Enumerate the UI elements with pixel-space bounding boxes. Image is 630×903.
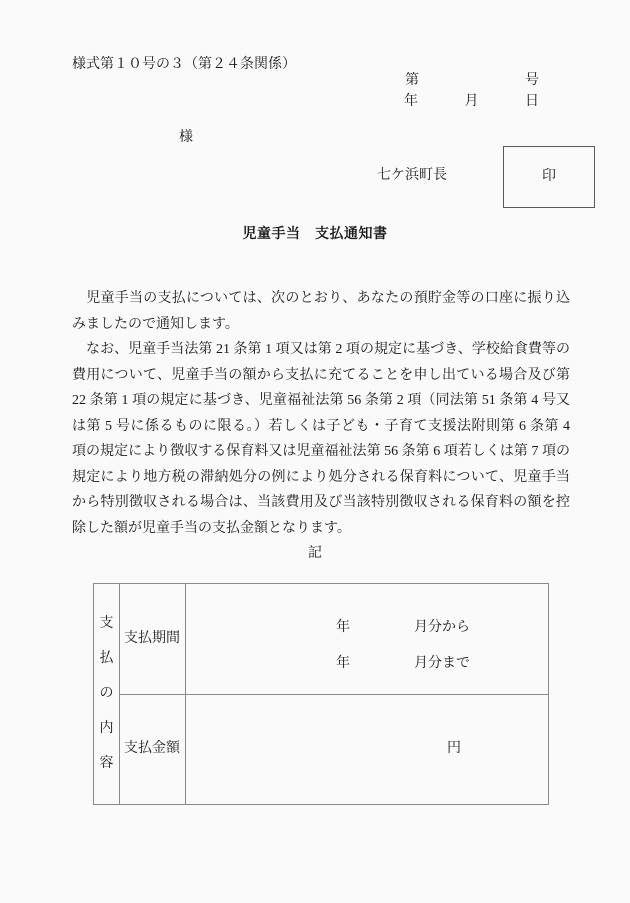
body-text: 児童手当の支払については、次のとおり、あなたの預貯金等の口座に振り込 みましたの… (72, 286, 570, 541)
body-line: 児童手当の支払については、次のとおり、あなたの預貯金等の口座に振り込 (72, 286, 570, 312)
body-line: 項の規定により徴収する保育料又は児童福祉法第 56 条第 6 項若しくは第 7 … (72, 439, 570, 465)
body-line: から特別徴収される場合は、当該費用及び当該特別徴収される保育料の額を控 (72, 490, 570, 516)
addressee-honorific: 様 (179, 131, 193, 145)
body-line: 22 条第 1 項の規定に基づき、児童福祉法第 56 条第 2 項（同法第 51… (72, 388, 570, 414)
group-char: 容 (100, 757, 114, 771)
body-line: 規定により地方税の滞納処分の例により処分される保育料について、児童手当 (72, 465, 570, 491)
period-to-year-label: 年 (336, 657, 350, 671)
date-line: 年 月 日 (404, 95, 539, 109)
period-from-year-label: 年 (336, 621, 350, 635)
body-line: 費用について、児童手当の額から支払に充てることを申し出ている場合及び第 (72, 363, 570, 389)
doc-number-prefix: 第 (405, 74, 419, 88)
date-day-label: 日 (525, 95, 539, 109)
body-line: みましたので通知します。 (72, 312, 570, 338)
ki-marker: 記 (0, 541, 630, 567)
body-line: は第 5 号に係るものに限る。）若しくは子ども・子育て支援法附則第 6 条第 4 (72, 414, 570, 440)
group-char: 支 (100, 617, 114, 631)
yen-unit-label: 円 (447, 742, 461, 756)
doc-number-line: 第 号 (405, 74, 539, 88)
period-from-suffix: 月分から (414, 621, 470, 635)
group-char: 内 (100, 722, 114, 736)
table-divider-horizontal (119, 694, 548, 695)
date-month-label: 月 (465, 95, 479, 109)
seal-box: 印 (503, 146, 595, 208)
issuer-name: 七ケ浜町長 (377, 169, 447, 183)
group-char: の (100, 687, 114, 701)
date-year-label: 年 (404, 95, 418, 109)
document-page: 様式第１０号の３（第２４条関係） 第 号 年 月 日 様 七ケ浜町長 印 児童手… (0, 0, 630, 903)
body-line: なお、児童手当法第 21 条第 1 項又は第 2 項の規定に基づき、学校給食費等… (72, 337, 570, 363)
document-title: 児童手当 支払通知書 (0, 228, 630, 242)
payment-table: 支 払 の 内 容 支払期間 年 月分から 年 月分まで 支払金額 円 (93, 583, 549, 805)
body-line: 除した額が児童手当の支払金額となります。 (72, 516, 570, 542)
seal-label: 印 (542, 170, 556, 184)
form-number: 様式第１０号の３（第２４条関係） (72, 58, 296, 72)
payment-period-label: 支払期間 (124, 632, 180, 646)
period-to-suffix: 月分まで (414, 657, 470, 671)
payment-amount-label: 支払金額 (124, 742, 180, 756)
group-char: 払 (100, 652, 114, 666)
doc-number-suffix: 号 (525, 74, 539, 88)
table-group-header: 支 払 の 内 容 (94, 584, 119, 804)
